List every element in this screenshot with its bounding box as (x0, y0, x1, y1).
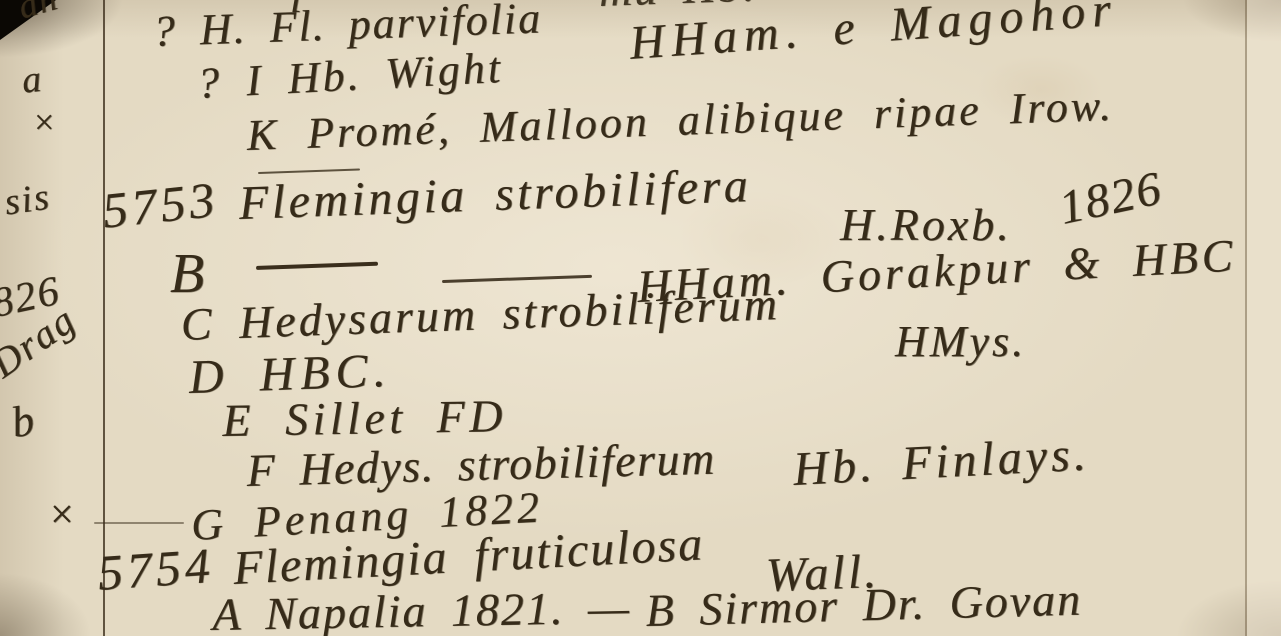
margin-cross-mark: × (50, 494, 76, 536)
page-edge-strip (1247, 0, 1281, 636)
margin-fragment-b: b (8, 398, 39, 445)
column-rule-left (103, 0, 105, 636)
line-f-herbarium: Hb. Finlays. (792, 430, 1091, 493)
line-c-herbarium: HMys. (895, 320, 1026, 364)
column-rule-right (1245, 0, 1247, 636)
line-a-napalia: A Napalia 1821. — (212, 585, 631, 636)
manuscript-page: mu Hb. l an a × sis 826 Drag b ? H. Fl. … (0, 0, 1281, 636)
entry-5753-herbarium: H.Roxb. (840, 202, 1012, 248)
entry-5753-year: 1826 (1055, 164, 1167, 233)
ditto-dash (442, 275, 592, 283)
line-e-sillet: E Sillet FD (222, 393, 507, 444)
margin-fragment-sis: sis (2, 178, 53, 222)
margin-fragment-a: a (20, 60, 45, 100)
line-c-hedysarum: C Hedysarum strobiliferum (180, 281, 781, 348)
entry-5753-number: 5753 (100, 174, 221, 236)
line-b-letter: B (170, 246, 206, 302)
entry-5754-number: 5754 (96, 540, 215, 598)
line-b-govan: B Sirmor Dr. Govan (645, 577, 1083, 634)
margin-fragment-cross: × (34, 104, 56, 140)
ditto-dash (256, 262, 378, 270)
margin-dash (94, 522, 184, 524)
line-i-wight: ? I Hb. Wight (196, 46, 504, 106)
